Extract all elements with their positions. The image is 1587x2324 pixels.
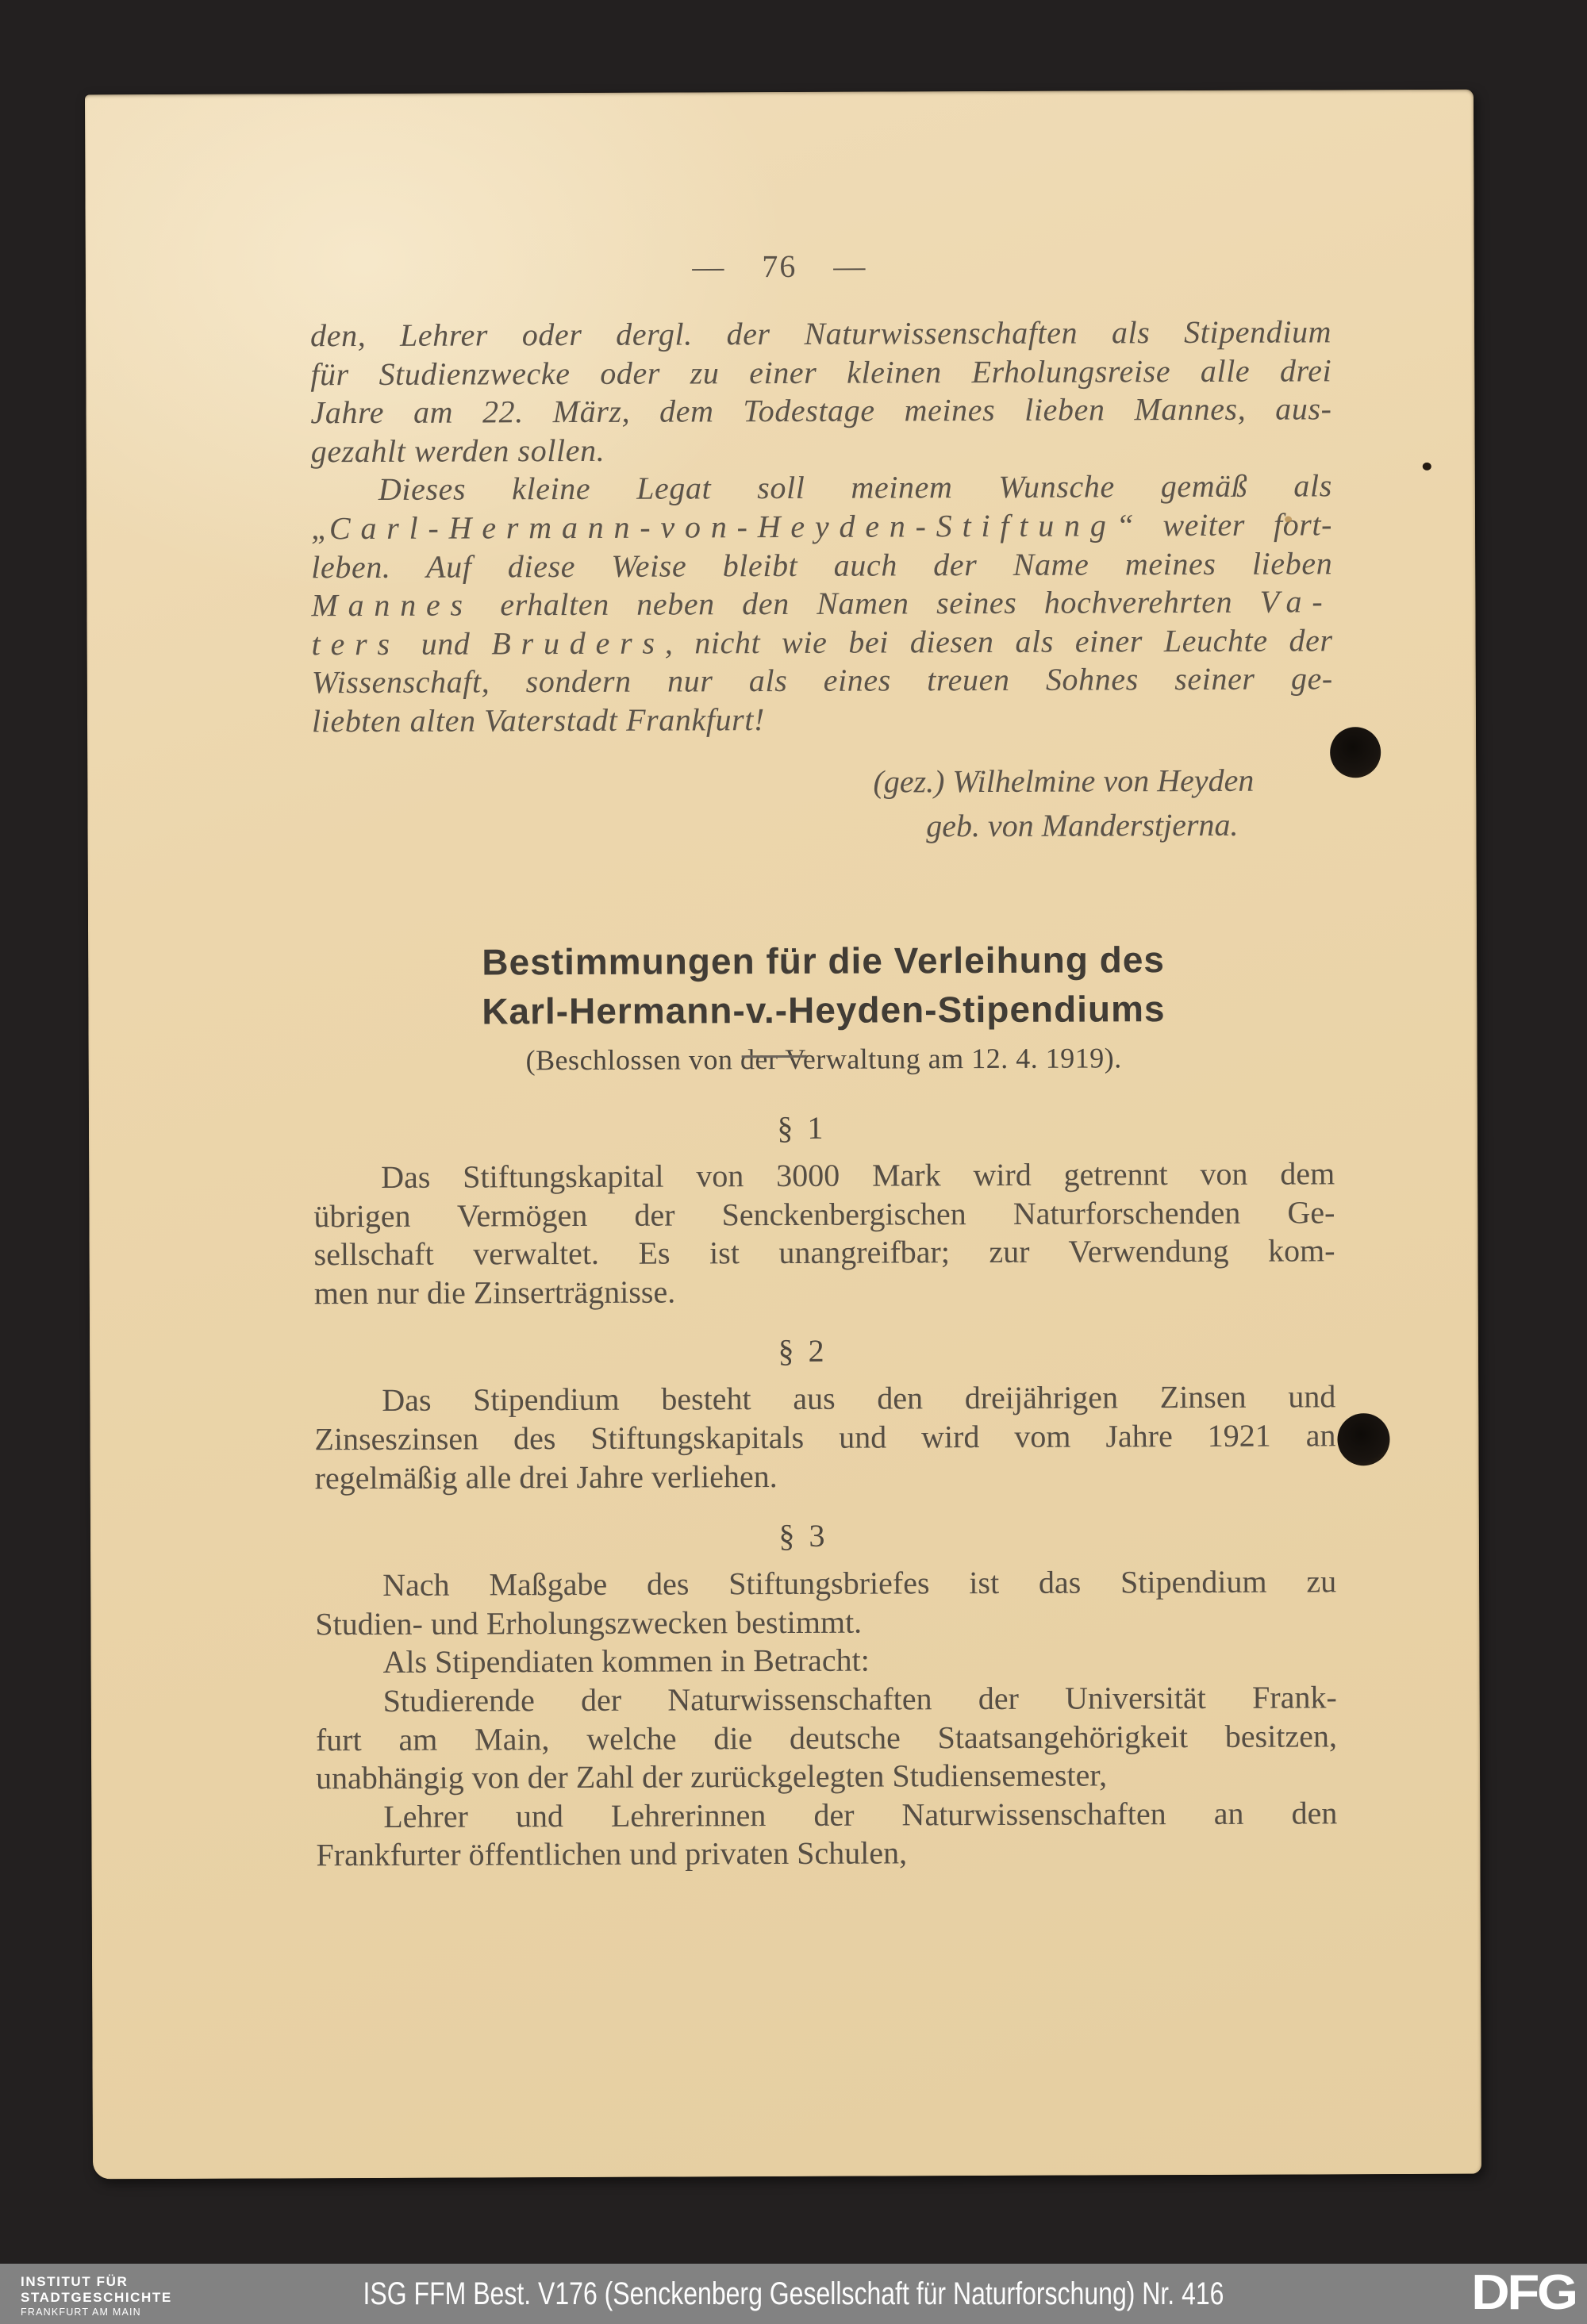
section-paragraph: Das Stipendium besteht aus den dreijähri…	[314, 1378, 1336, 1498]
ink-speck	[1423, 463, 1431, 471]
heading-line-1: Bestimmungen für die Verleihung des	[313, 934, 1334, 987]
letter-paragraph-2: Dieses kleine Legat soll meinem Wunsche …	[311, 467, 1333, 741]
signature-block: (gez.) Wilhelmine von Heyden geb. von Ma…	[312, 758, 1333, 851]
institute-logo: INSTITUT FÜR STADTGESCHICHTE FRANKFURT A…	[21, 2274, 172, 2318]
section-3: § 3 Nach Maßgabe des Stiftungsbriefes is…	[315, 1515, 1338, 1875]
dfg-logo: DFG	[1471, 2264, 1576, 2321]
section-divider	[742, 1055, 807, 1058]
institute-line-1: INSTITUT FÜR	[21, 2274, 172, 2290]
signature-name: (gez.) Wilhelmine von Heyden	[312, 758, 1333, 806]
archive-info-bar: INSTITUT FÜR STADTGESCHICHTE FRANKFURT A…	[0, 2264, 1587, 2324]
letter-paragraph-1: den, Lehrer oder dergl. der Naturwissens…	[310, 313, 1332, 471]
signature-birthname: geb. von Manderstjerna.	[312, 802, 1333, 851]
heading-line-2: Karl-Hermann-v.-Heyden-Stipendiums	[313, 983, 1334, 1036]
section-paragraph: Nach Maßgabe des Stiftungsbriefes ist da…	[315, 1562, 1337, 1875]
heading-note: (Beschlossen von der Verwaltung am 12. 4…	[313, 1040, 1335, 1077]
institute-line-3: FRANKFURT AM MAIN	[21, 2307, 172, 2318]
punch-hole-top	[1330, 727, 1381, 778]
paper-speck	[1285, 517, 1292, 523]
section-label: § 1	[290, 1107, 1311, 1149]
institute-line-2: STADTGESCHICHTE	[21, 2290, 172, 2306]
regulations-sections: § 1 Das Stiftungskapital von 3000 Mark w…	[313, 1107, 1338, 1896]
section-1: § 1 Das Stiftungskapital von 3000 Mark w…	[313, 1107, 1335, 1312]
letter-excerpt: den, Lehrer oder dergl. der Naturwissens…	[310, 313, 1333, 740]
section-2: § 2 Das Stipendium besteht aus den dreij…	[314, 1331, 1336, 1498]
section-label: § 2	[290, 1331, 1312, 1373]
section-label: § 3	[291, 1515, 1312, 1558]
regulations-heading: Bestimmungen für die Verleihung des Karl…	[313, 934, 1335, 1077]
punch-hole-bottom	[1337, 1413, 1389, 1465]
page-number: — 76 —	[269, 246, 1290, 287]
section-paragraph: Das Stiftungskapital von 3000 Mark wird …	[313, 1154, 1335, 1312]
document-page: — 76 — den, Lehrer oder dergl. der Natur…	[85, 90, 1481, 2180]
archive-reference: ISG FFM Best. V176 (Senckenberg Gesellsc…	[159, 2264, 1428, 2324]
